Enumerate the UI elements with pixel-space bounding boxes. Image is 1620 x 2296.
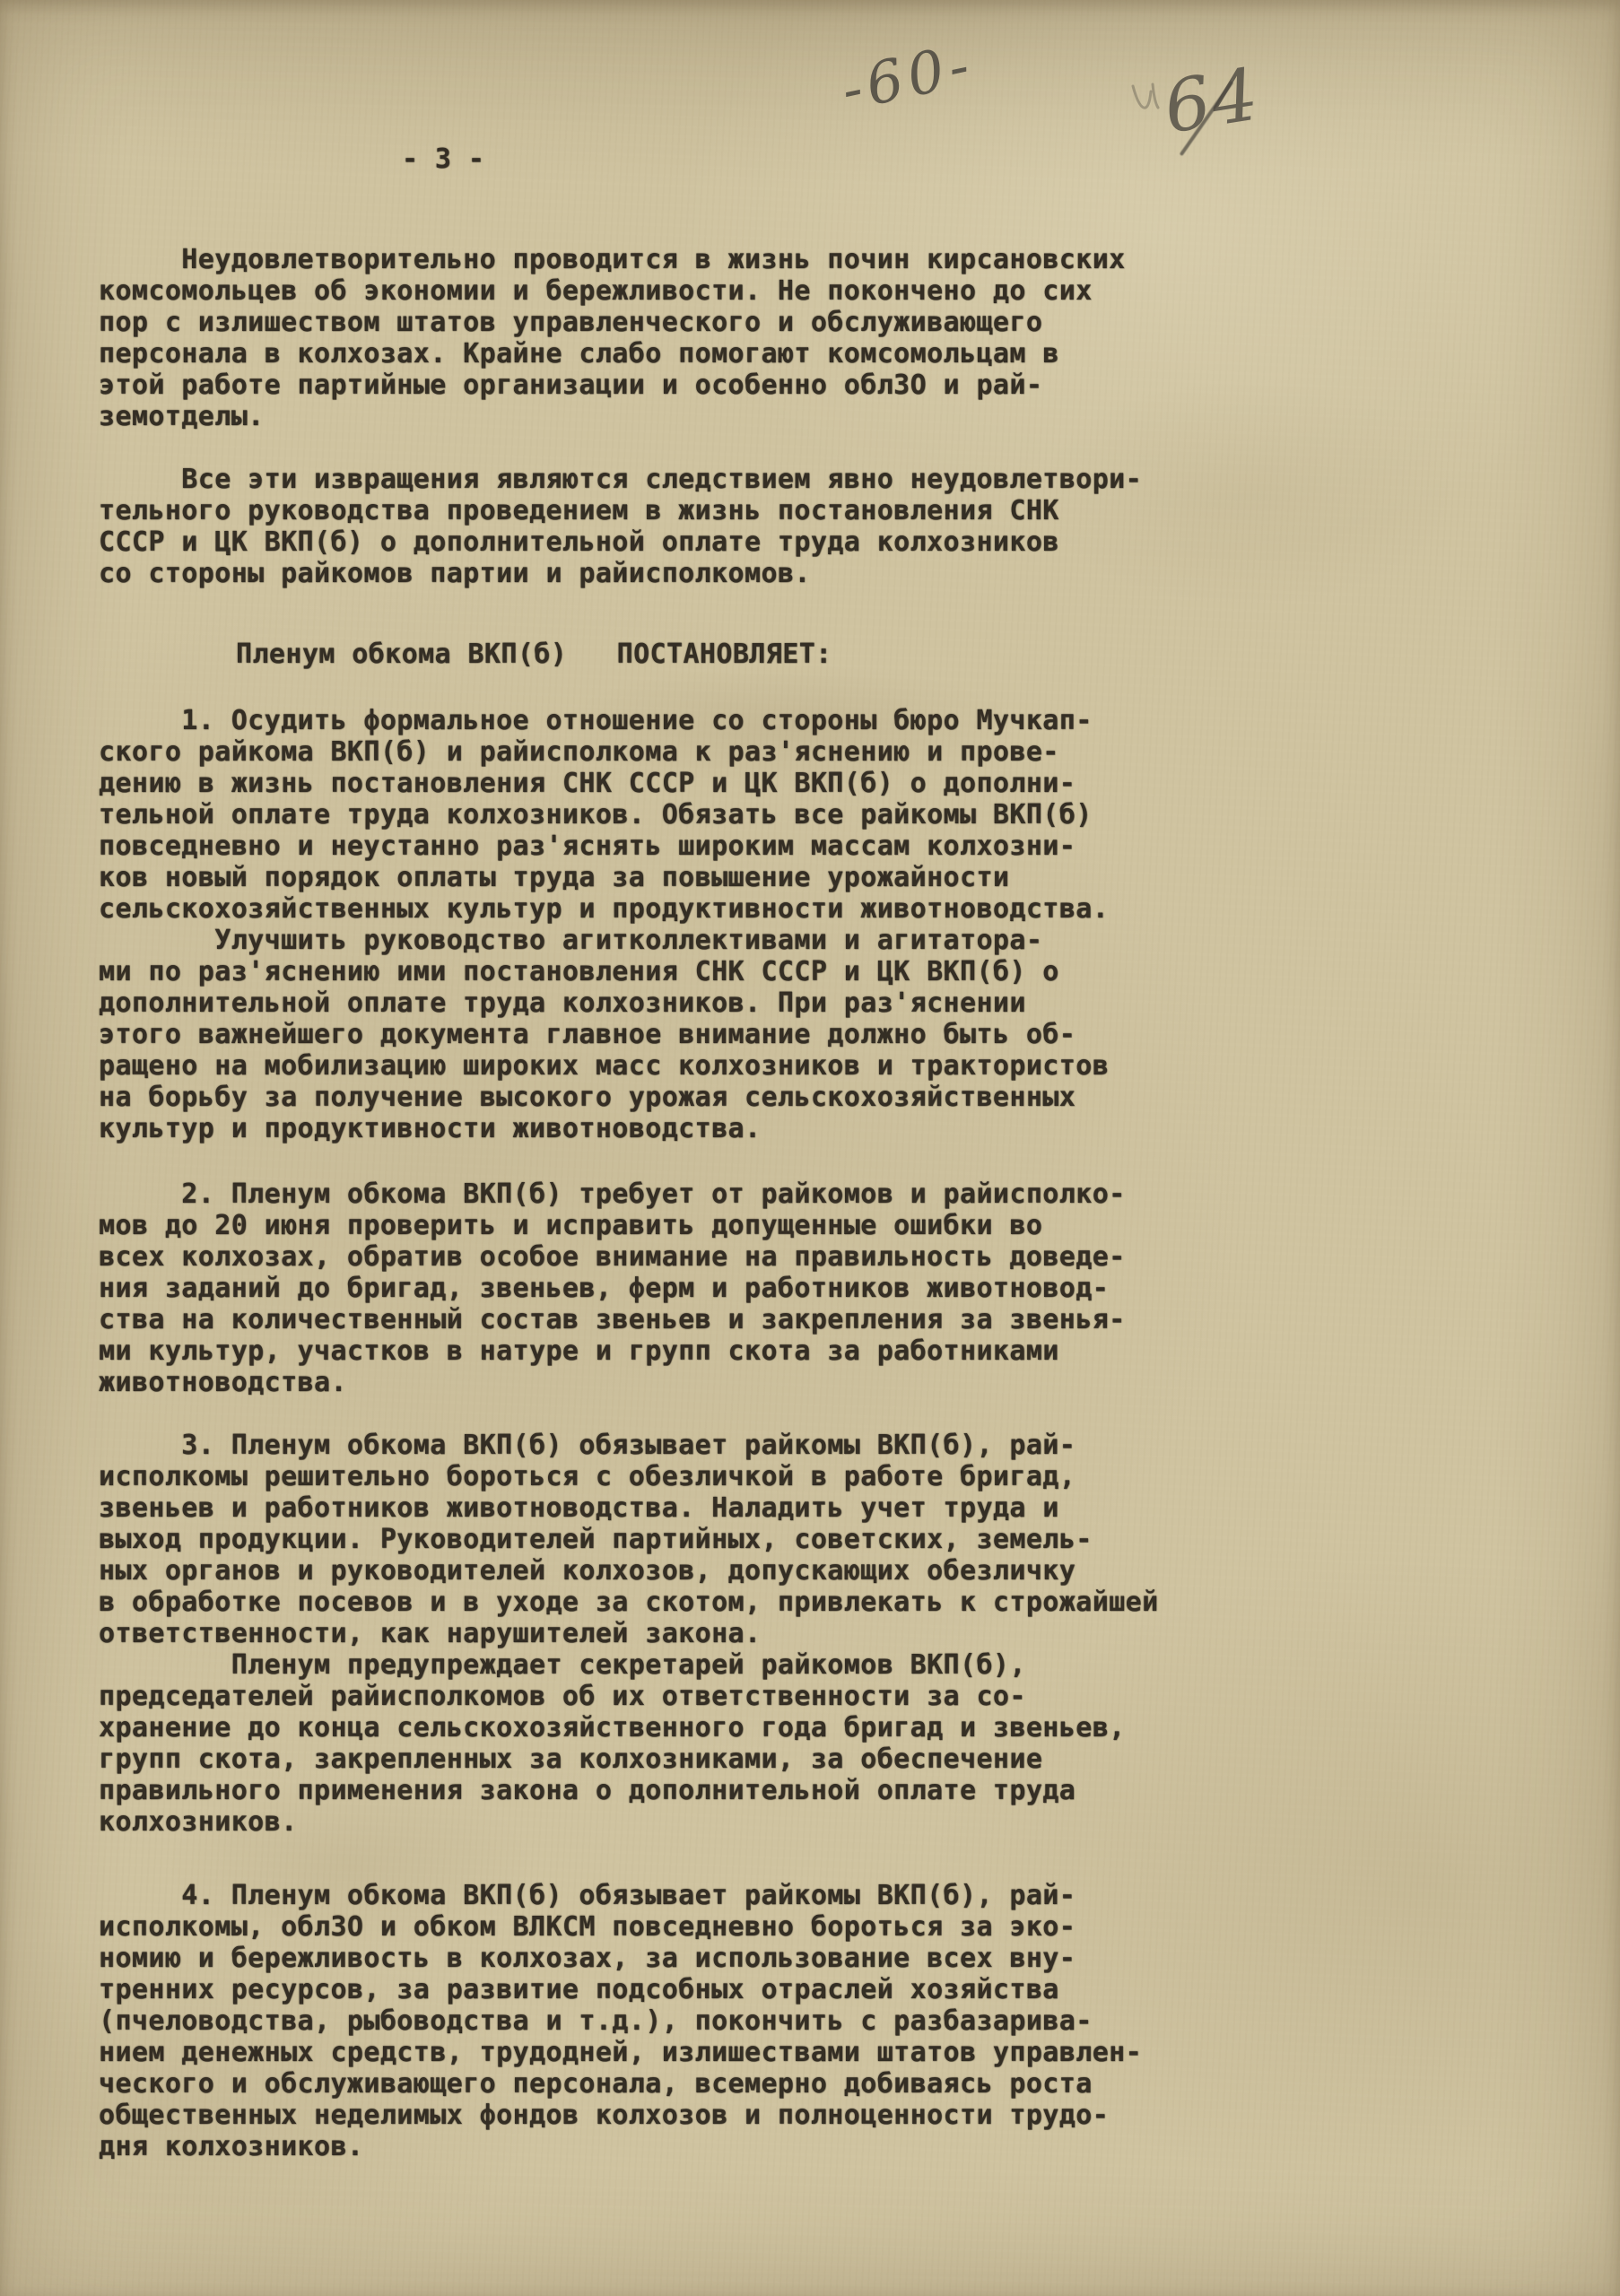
resolution-heading: Пленум обкома ВКП(б) ПОСТАНОВЛЯЕТ: <box>236 639 832 670</box>
pencil-scribble-mark <box>1126 74 1180 127</box>
resolution-item-3: 3. Пленум обкома ВКП(б) обязывает райком… <box>99 1430 1159 1838</box>
handwritten-archive-page-number: -60- <box>836 31 980 124</box>
paragraph-distortions-cause: Все эти извращения являются следствием я… <box>99 464 1142 589</box>
resolution-item-2: 2. Пленум обкома ВКП(б) требует от райко… <box>99 1178 1126 1398</box>
typed-page-number: - 3 - <box>402 143 484 175</box>
resolution-item-4: 4. Пленум обкома ВКП(б) обязывает райком… <box>99 1880 1142 2162</box>
scanned-document-page: -60- 64 - 3 - Неудовлетворительно провод… <box>0 0 1620 2296</box>
resolution-item-1: 1. Осудить формальное отношение со сторо… <box>99 705 1109 1144</box>
paragraph-komsomol-initiative: Неудовлетворительно проводится в жизнь п… <box>99 244 1126 432</box>
